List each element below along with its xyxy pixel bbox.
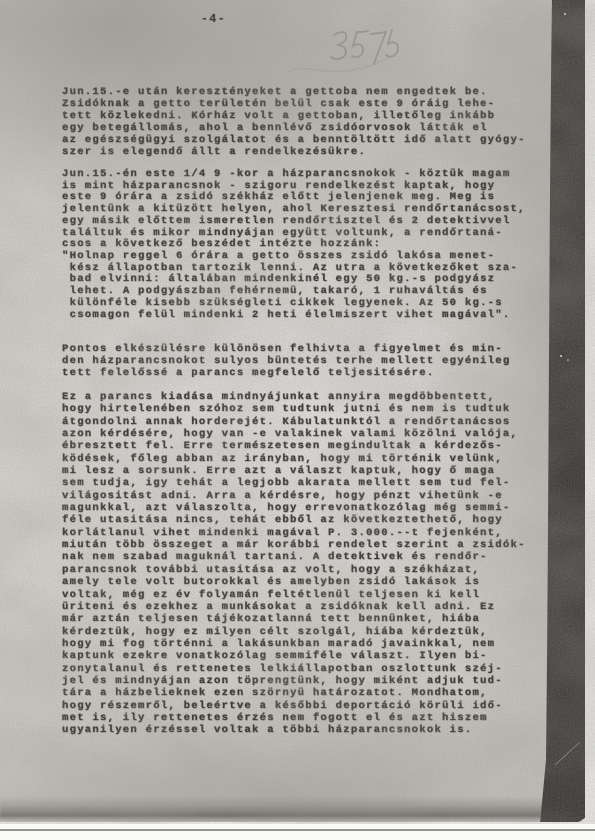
dust-speck (567, 359, 569, 361)
paragraph-5: Ez a parancs kiadása mindnyájunkat annyi… (62, 391, 574, 737)
edge-band-shape (540, 0, 585, 824)
handwritten-annotation (270, 26, 410, 84)
scan-edge-right-band (535, 0, 595, 840)
handwritten-digits (331, 30, 398, 64)
dust-speck (560, 355, 562, 357)
paragraph-4: Pontos elkészülésre különösen felhivta a… (62, 343, 574, 379)
dust-speck (564, 13, 566, 15)
paragraph-1: Jun.15.-e után keresztényeket a gettoba … (62, 86, 574, 158)
page-number: -4- (201, 13, 226, 26)
scanned-document-page: -4- Jun.15.-e után keresztényeket a gett… (0, 0, 595, 840)
scan-line-bottom (0, 829, 595, 831)
paragraph-2: Jun.15.-én este 1/4 9 -kor a házparancsn… (62, 169, 574, 251)
paragraph-3-quote: "Holnap reggel 6 órára a getto összes zs… (62, 251, 574, 321)
scan-margin-bottom (0, 822, 595, 840)
scan-edge-bottom-smudge (0, 796, 582, 822)
